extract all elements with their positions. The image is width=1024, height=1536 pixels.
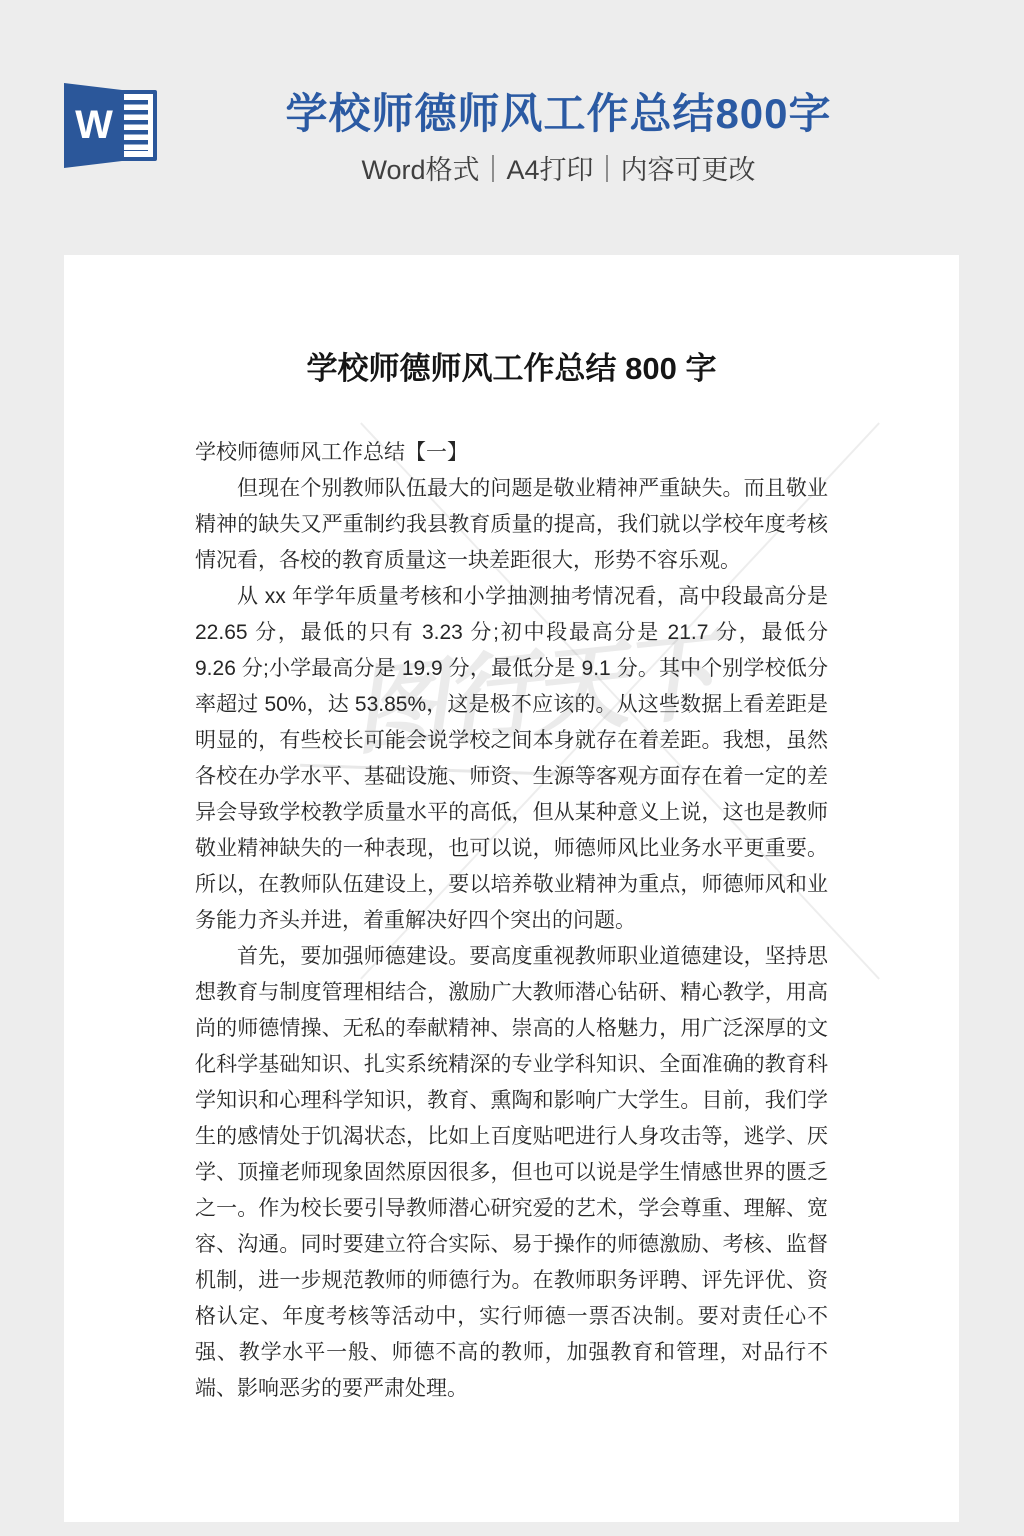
header: W 学校师德师风工作总结800字 Word格式｜A4打印｜内容可更改	[0, 0, 1024, 255]
document-title: 学校师德师风工作总结 800 字	[64, 255, 959, 391]
doc-paragraph: 首先，要加强师德建设。要高度重视教师职业道德建设，坚持思想教育与制度管理相结合，…	[195, 939, 828, 1407]
doc-paragraph: 学校师德师风工作总结【一】	[195, 435, 828, 471]
header-text-block: 学校师德师风工作总结800字 Word格式｜A4打印｜内容可更改	[93, 88, 1024, 186]
page-canvas: W 学校师德师风工作总结800字 Word格式｜A4打印｜内容可更改 图行天下 …	[0, 0, 1024, 1536]
document-body: 学校师德师风工作总结【一】但现在个别教师队伍最大的问题是敬业精神严重缺失。而且敬…	[195, 435, 828, 1407]
document-page: 图行天下 学校师德师风工作总结 800 字 学校师德师风工作总结【一】但现在个别…	[64, 255, 959, 1522]
header-format-subtitle: Word格式｜A4打印｜内容可更改	[93, 154, 1024, 186]
doc-paragraph: 但现在个别教师队伍最大的问题是敬业精神严重缺失。而且敬业精神的缺失又严重制约我县…	[195, 471, 828, 579]
header-title: 学校师德师风工作总结800字	[93, 88, 1024, 140]
doc-paragraph: 从 xx 年学年质量考核和小学抽测抽考情况看，高中段最高分是 22.65 分，最…	[195, 579, 828, 939]
